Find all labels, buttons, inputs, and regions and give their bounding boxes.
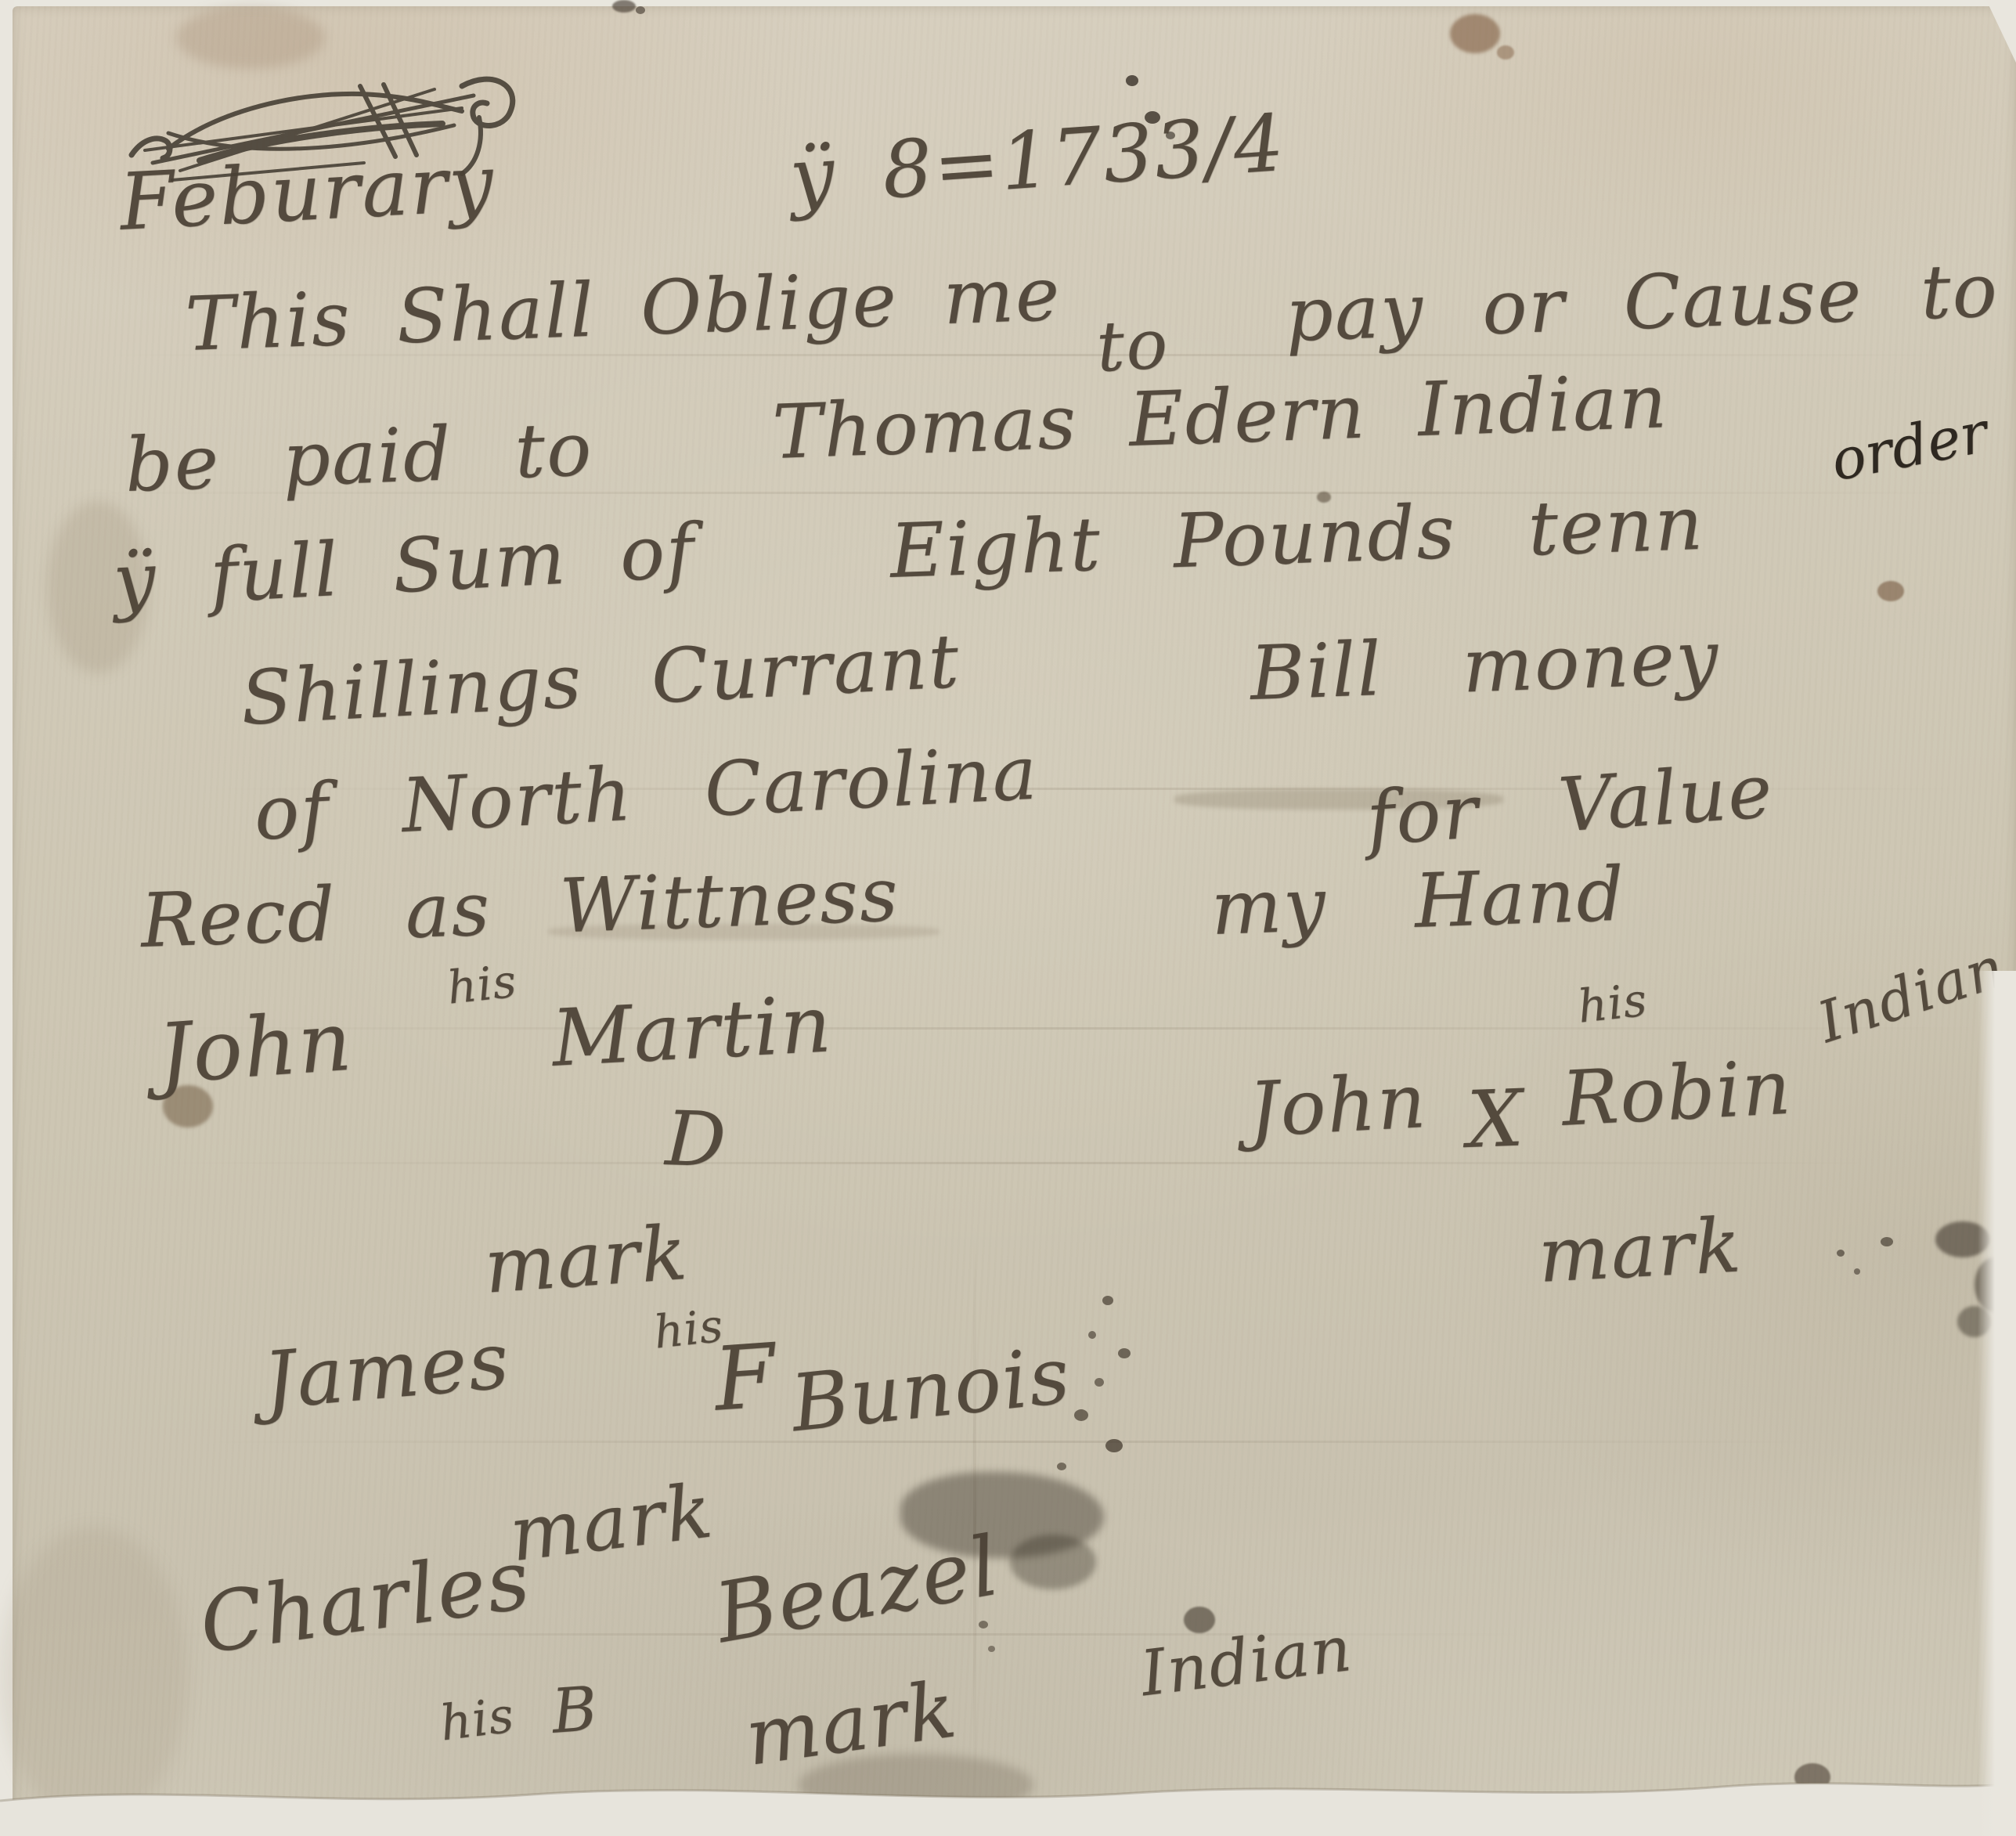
signature-john-robin-last: Robin xyxy=(1560,1044,1794,1143)
body-line-6b: my Hand xyxy=(1210,852,1627,952)
ink-speck xyxy=(988,1646,995,1652)
body-line-2: be paid to xyxy=(124,406,594,509)
ink-speck xyxy=(1837,1250,1845,1257)
body-line-1b: to xyxy=(1095,303,1171,388)
signature-john-martin-last: Martin xyxy=(550,978,835,1084)
paper-stain xyxy=(1450,14,1500,53)
ink-speck xyxy=(612,0,636,13)
ink-speck xyxy=(636,6,645,14)
signature-charles-his: his xyxy=(437,1686,518,1751)
ink-speck xyxy=(1881,1237,1893,1246)
signature-james-mark: F xyxy=(711,1325,781,1430)
ink-speck xyxy=(1126,75,1138,86)
paper-stain xyxy=(1877,581,1904,601)
ink-dot-trail xyxy=(1057,1463,1066,1470)
signature-john-robin-mark: X xyxy=(1466,1072,1526,1165)
ink-dot-trail xyxy=(1095,1378,1104,1387)
backing-right-edge xyxy=(1978,971,2016,1836)
signature-john-martin-first: John xyxy=(155,994,355,1102)
signature-john-martin-mark: D xyxy=(664,1095,729,1185)
smudge xyxy=(1010,1535,1096,1589)
ink-dot-trail xyxy=(1088,1331,1096,1339)
signature-john-robin-his: his xyxy=(1575,973,1650,1033)
paper-stain xyxy=(1497,45,1514,60)
date-text: Feburary xyxy=(117,137,497,248)
ink-dot-trail xyxy=(1118,1348,1131,1358)
signature-charles-mark: B xyxy=(550,1674,600,1748)
signature-john-robin-first: John xyxy=(1246,1057,1429,1154)
fold-crease xyxy=(196,1441,1824,1443)
photo-background: Feburary ÿ 8=1733/4 This Shall Oblige me… xyxy=(0,0,2016,1836)
paper-stain xyxy=(176,6,325,69)
ink-dot-trail xyxy=(1074,1409,1088,1421)
signature-james-mark-word: mark xyxy=(481,1209,691,1311)
ink-dot-trail xyxy=(1102,1296,1113,1305)
backing-bottom-edge xyxy=(0,1760,2016,1836)
fold-crease xyxy=(157,1162,1879,1164)
ink-speck xyxy=(1854,1268,1860,1275)
body-line-4b: Bill money xyxy=(1249,615,1721,717)
signature-john-robin-mark-word: mark xyxy=(1536,1201,1744,1299)
ink-dot-trail xyxy=(1105,1439,1123,1452)
fold-crease xyxy=(125,1027,1989,1030)
ink-speck xyxy=(979,1621,988,1629)
signature-john-martin-his: his xyxy=(445,954,519,1015)
